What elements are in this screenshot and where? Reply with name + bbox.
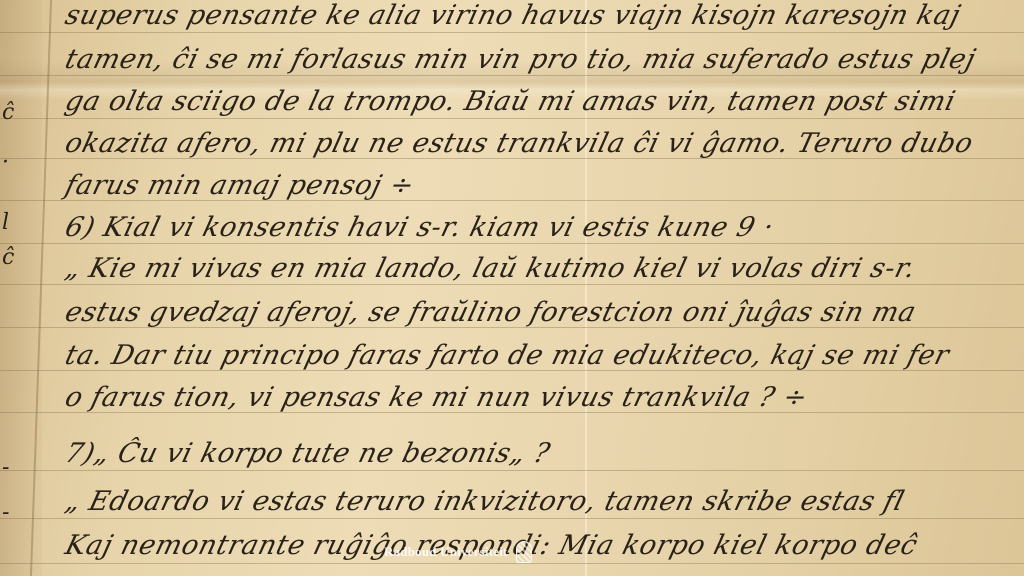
handwritten-line: estus gvedzaj aferoj, se fraŭlino forest… <box>62 297 1024 328</box>
manuscript-page: ĉ · l ĉ - - superus pensante ke alia vir… <box>0 0 1024 576</box>
watermark: Radboud Universiteit <box>384 541 532 563</box>
handwritten-line: „ Edoardo vi estas teruro inkvizitoro, t… <box>62 486 1024 517</box>
handwritten-line: Kaj nemontrante ruĝiĝo respondi: Mia kor… <box>62 530 1024 561</box>
handwritten-line: okazita afero, mi plu ne estus trankvila… <box>62 128 1024 159</box>
handwritten-line: farus min amaj pensoj ÷ <box>62 170 1024 201</box>
handwritten-line: ta. Dar tiu principo faras farto de mia … <box>62 340 1024 371</box>
ruled-line <box>0 563 1024 564</box>
handwritten-line: 7)„ Ĉu vi korpo tute ne bezonis„ ? <box>62 438 1024 469</box>
ruled-line <box>0 284 1024 285</box>
handwritten-line: superus pensante ke alia virino havus vi… <box>62 0 1024 31</box>
margin-mark: - <box>2 500 9 525</box>
margin-mark: - <box>2 455 9 480</box>
margin-mark: ĉ <box>2 245 14 270</box>
ruled-line <box>0 32 1024 33</box>
handwritten-line: tamen, ĉi se mi forlasus min vin pro tio… <box>62 44 1024 75</box>
watermark-text: Radboud Universiteit <box>384 544 508 560</box>
handwritten-line: o farus tion, vi pensas ke mi nun vivus … <box>62 382 1024 413</box>
ruled-line <box>0 243 1024 244</box>
handwritten-line: „ Kie mi vivas en mia lando, laŭ kutimo … <box>62 253 1024 284</box>
handwritten-line: ga olta sciigo de la trompo. Biaŭ mi ama… <box>62 86 1024 117</box>
handwritten-line: 6) Kial vi konsentis havi s-r. kiam vi e… <box>62 212 1024 243</box>
ruled-line <box>0 470 1024 471</box>
margin-mark: l <box>2 210 9 235</box>
ruled-line <box>0 518 1024 519</box>
ruled-line <box>0 75 1024 76</box>
ruled-line <box>0 118 1024 119</box>
margin-mark: ĉ <box>2 100 14 125</box>
university-crest-icon <box>516 541 532 563</box>
margin-mark: · <box>2 150 9 175</box>
